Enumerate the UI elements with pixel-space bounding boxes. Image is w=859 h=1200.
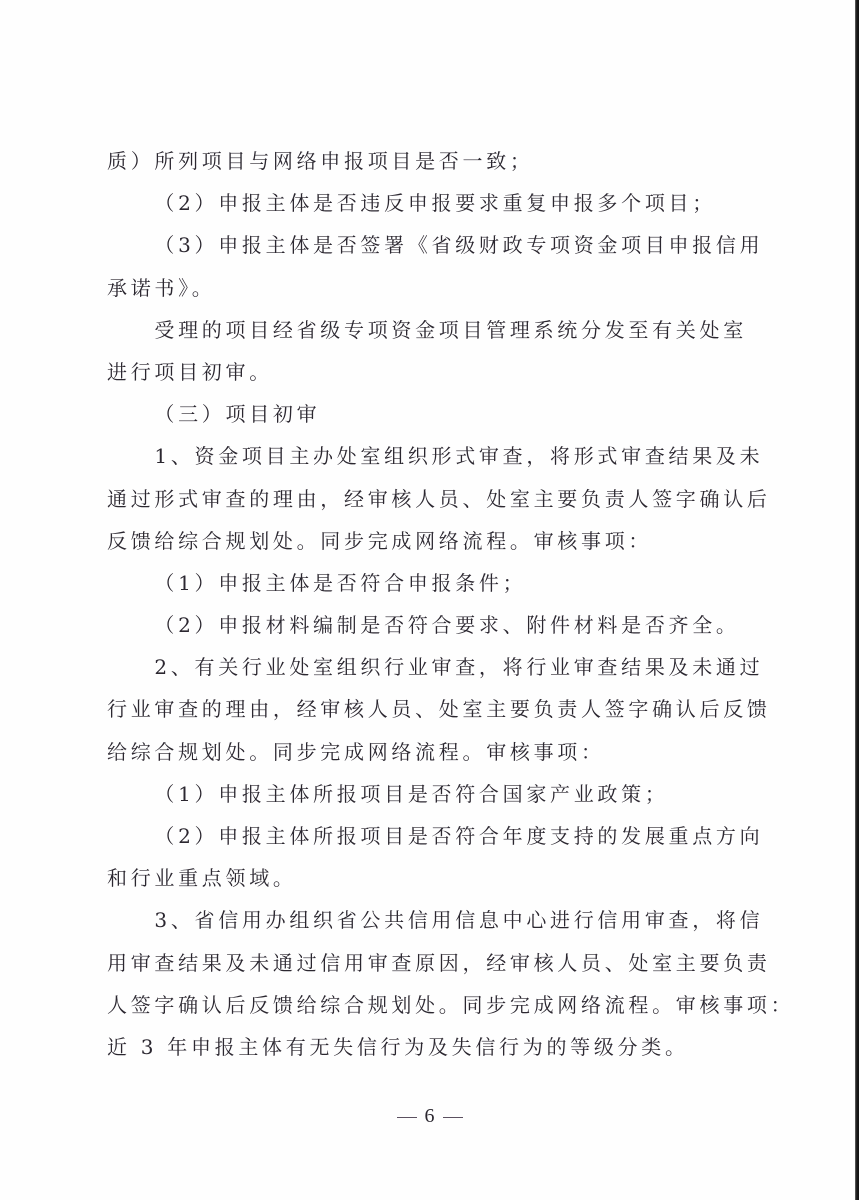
text-line-22: 近 3 年申报主体有无失信行为及失信行为的等级分类。 — [107, 1026, 757, 1068]
page-number-value: 6 — [425, 1105, 435, 1127]
text-line-20: 用审查结果及未通过信用审查原因，经审核人员、处室主要负责 — [107, 942, 757, 984]
text-line-2: （2）申报主体是否违反申报要求重复申报多个项目； — [107, 182, 757, 224]
text-line-4: 承诺书》。 — [107, 267, 757, 309]
document-page: 质）所列项目与网络申报项目是否一致； （2）申报主体是否违反申报要求重复申报多个… — [0, 0, 859, 1200]
text-line-14: 行业审查的理由，经审核人员、处室主要负责人签字确认后反馈 — [107, 688, 757, 730]
text-line-10: 反馈给综合规划处。同步完成网络流程。审核事项： — [107, 520, 757, 562]
dash-left-icon — [397, 1117, 417, 1118]
text-line-16: （1）申报主体所报项目是否符合国家产业政策； — [107, 773, 757, 815]
body-text: 质）所列项目与网络申报项目是否一致； （2）申报主体是否违反申报要求重复申报多个… — [107, 140, 757, 1068]
section-heading-initial-review: （三）项目初审 — [107, 393, 757, 435]
text-line-8: 1、资金项目主办处室组织形式审查，将形式审查结果及未 — [107, 435, 757, 477]
text-line-21: 人签字确认后反馈给综合规划处。同步完成网络流程。审核事项： — [107, 984, 757, 1026]
dash-right-icon — [443, 1117, 463, 1118]
page-number: 6 — [0, 1101, 859, 1131]
text-line-1: 质）所列项目与网络申报项目是否一致； — [107, 140, 757, 182]
text-line-12: （2）申报材料编制是否符合要求、附件材料是否齐全。 — [107, 604, 757, 646]
text-line-11: （1）申报主体是否符合申报条件； — [107, 562, 757, 604]
text-line-19: 3、省信用办组织省公共信用信息中心进行信用审查，将信 — [107, 899, 757, 941]
text-line-3: （3）申报主体是否签署《省级财政专项资金项目申报信用 — [107, 224, 757, 266]
text-line-15: 给综合规划处。同步完成网络流程。审核事项： — [107, 731, 757, 773]
text-line-6: 进行项目初审。 — [107, 351, 757, 393]
text-line-5: 受理的项目经省级专项资金项目管理系统分发至有关处室 — [107, 309, 757, 351]
text-line-9: 通过形式审查的理由，经审核人员、处室主要负责人签字确认后 — [107, 478, 757, 520]
text-line-17: （2）申报主体所报项目是否符合年度支持的发展重点方向 — [107, 815, 757, 857]
scan-border-edge — [855, 0, 859, 1200]
text-line-13: 2、有关行业处室组织行业审查，将行业审查结果及未通过 — [107, 646, 757, 688]
text-line-18: 和行业重点领域。 — [107, 857, 757, 899]
